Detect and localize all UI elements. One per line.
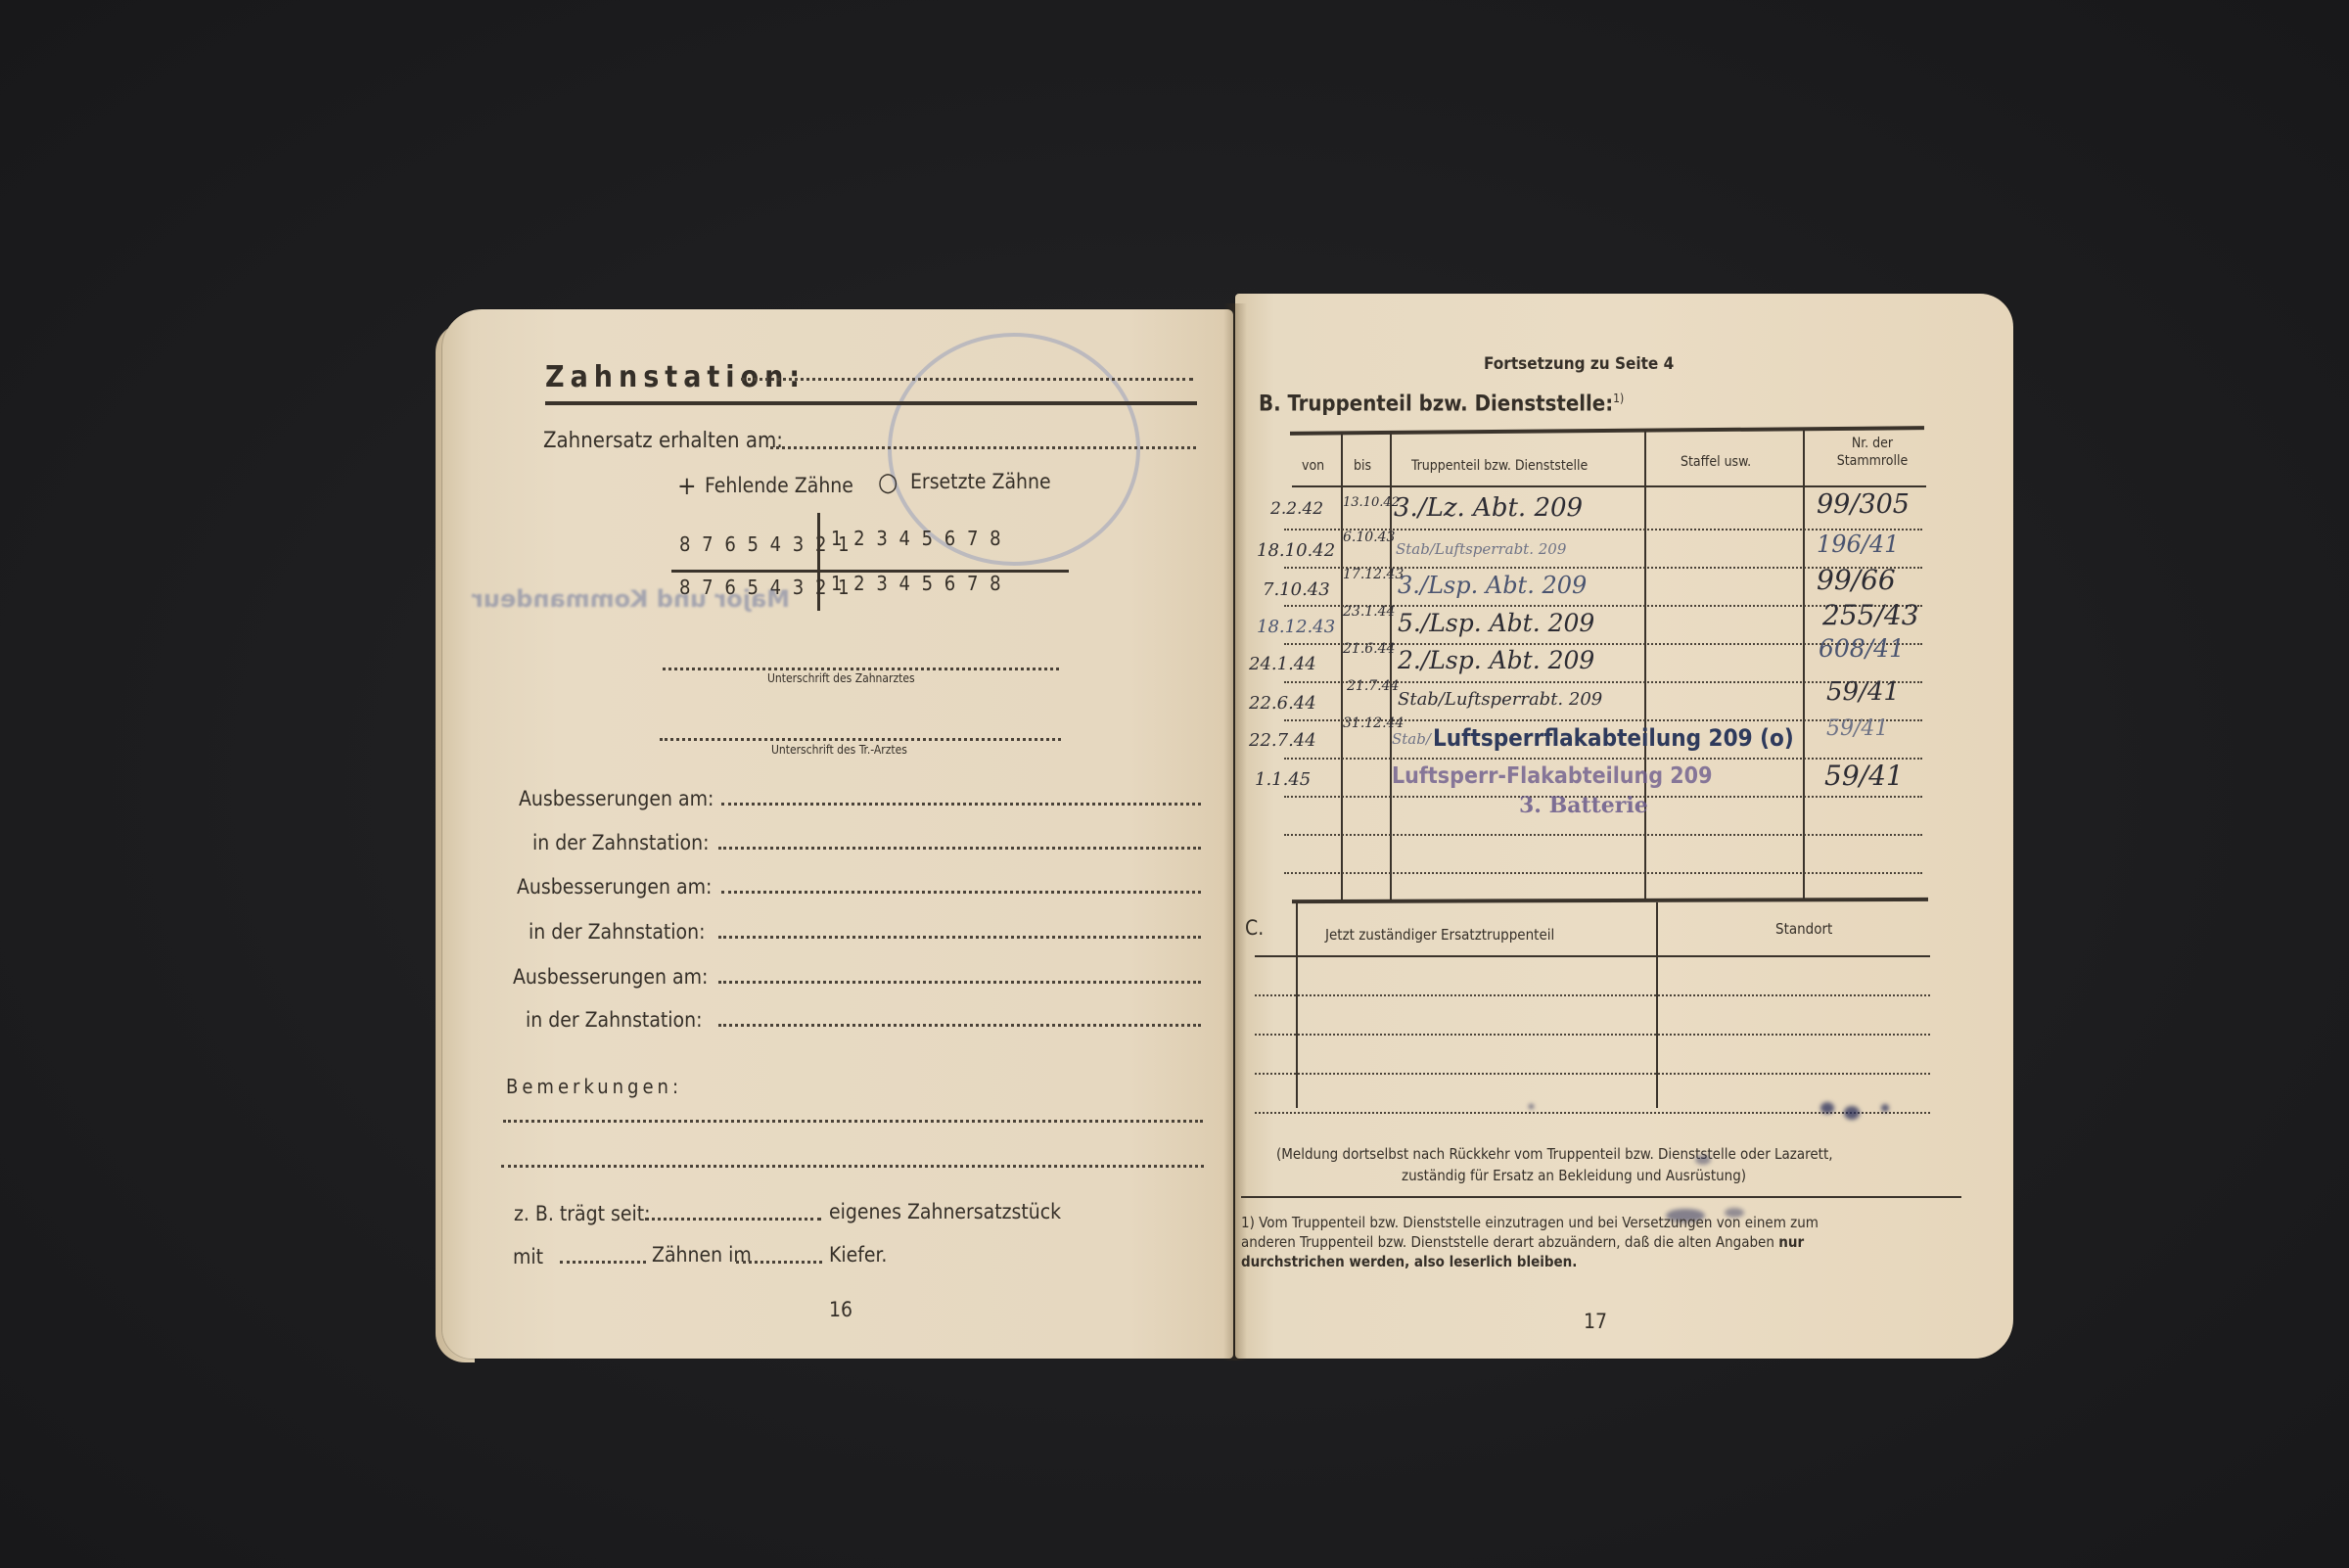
cell-nr: 608/41 [1819, 634, 1905, 663]
table-b-bottom-rule [1292, 898, 1928, 903]
ink-smudge [1820, 1102, 1834, 1114]
cell-nr: 99/66 [1817, 564, 1896, 596]
cell-von: 24.1.44 [1249, 654, 1316, 674]
dentist-signature-field[interactable] [663, 668, 1059, 670]
tooth-upper-left[interactable]: 8 7 6 5 4 3 2 1 [679, 532, 852, 556]
cell-bis: 13.10.42 [1343, 495, 1400, 510]
book-gutter [1223, 303, 1247, 1360]
footnote-divider [1241, 1196, 1961, 1198]
header-von: von [1302, 458, 1324, 474]
ink-smudge [1695, 1155, 1711, 1165]
remarks-line-1[interactable] [503, 1120, 1203, 1123]
replaced-teeth-label: Ersetzte Zähne [910, 470, 1051, 493]
remarks-line-2[interactable] [501, 1165, 1204, 1168]
header-nr-stammrolle: Nr. der Stammrolle [1818, 435, 1927, 470]
section-c-label: C. [1245, 916, 1264, 940]
footnote-mark: 1) [1613, 392, 1624, 405]
troop-doctor-signature-field[interactable] [660, 738, 1061, 741]
cell-nr: 59/41 [1826, 716, 1888, 741]
cell-von: 22.6.44 [1249, 693, 1316, 714]
header-standort: Standort [1775, 920, 1832, 938]
section-b-title-text: B. Truppenteil bzw. Dienststelle: [1259, 392, 1613, 416]
cell-bis: 23.1.44 [1343, 605, 1390, 620]
cell-von: 2.2.42 [1270, 499, 1323, 519]
page-number-17: 17 [1584, 1310, 1607, 1333]
repair-2-date-label: Ausbesserungen am: [517, 875, 712, 899]
header-staffel: Staffel usw. [1681, 454, 1751, 470]
cell-unit: 3./Lz. Abt. 209 [1394, 493, 1583, 523]
ink-smudge [1844, 1106, 1860, 1120]
footnote-line1: 1) Vom Truppenteil bzw. Dienststelle ein… [1241, 1214, 1819, 1231]
missing-teeth-label: Fehlende Zähne [705, 474, 853, 497]
offset-stamp-mirrored: Major und Kommandeur [472, 585, 790, 613]
cell-unit: Stab/Luftsperrabt. 209 [1398, 689, 1602, 710]
section-b-title: B. Truppenteil bzw. Dienststelle:1) [1259, 392, 1624, 416]
col-divider-staffel-nr [1803, 429, 1805, 900]
cell-nr: 196/41 [1817, 530, 1899, 558]
col-divider-c-left [1296, 902, 1298, 1108]
repair-3-station-field[interactable] [718, 1024, 1201, 1027]
teeth-count-field[interactable] [560, 1261, 646, 1264]
repair-3-station-label: in der Zahnstation: [526, 1008, 702, 1032]
zahnersatz-label: Zahnersatz erhalten am: [543, 429, 783, 453]
footnote-line2-text: anderen Truppenteil bzw. Dienststelle de… [1241, 1233, 1774, 1251]
cell-unit: Stab/ [1392, 730, 1431, 748]
repair-1-station-field[interactable] [718, 847, 1201, 850]
jaw-field[interactable] [736, 1261, 822, 1264]
table-c-row-line[interactable] [1255, 1073, 1930, 1075]
cell-nr: 59/41 [1826, 677, 1900, 707]
repair-1-date-label: Ausbesserungen am: [519, 787, 714, 810]
cell-bis: 21.6.44 [1343, 642, 1390, 657]
cell-bis: 31.12.44 [1343, 716, 1390, 731]
footnote-line2-bold: nur [1778, 1233, 1804, 1251]
table-c-row-line[interactable] [1255, 994, 1930, 996]
cell-unit: Stab/Luftsperrabt. 209 [1396, 540, 1566, 558]
cell-von: 7.10.43 [1263, 579, 1330, 600]
ink-smudge [1881, 1104, 1889, 1112]
repair-1-station-label: in der Zahnstation: [532, 831, 709, 854]
cell-bis: 6.10.43 [1343, 530, 1390, 545]
cell-unit: 5./Lsp. Abt. 209 [1398, 609, 1594, 637]
own-prosthesis-label: eigenes Zahnersatzstück [829, 1200, 1061, 1223]
table-c-header-rule [1255, 955, 1930, 957]
repair-3-date-field[interactable] [718, 981, 1201, 984]
remarks-label: Bemerkungen: [506, 1075, 682, 1098]
cell-nr: 255/43 [1822, 599, 1919, 631]
report-note-line2: zuständig für Ersatz an Bekleidung und A… [1402, 1167, 1746, 1184]
prosthesis-since-field[interactable] [645, 1218, 821, 1221]
plus-icon: + [677, 472, 697, 501]
cell-von: 18.10.42 [1257, 540, 1335, 561]
circle-icon: ○ [878, 468, 898, 497]
cell-von: 22.7.44 [1249, 730, 1316, 751]
battery-stamp-violet-line2: 3. Batterie [1519, 793, 1648, 818]
cell-nr: 59/41 [1824, 760, 1904, 792]
repair-2-station-label: in der Zahnstation: [529, 920, 705, 944]
cell-bis: 17.12.43 [1343, 568, 1390, 582]
tooth-lower-right[interactable]: 1 2 3 4 5 6 7 8 [831, 572, 1004, 595]
footnote-line2: anderen Truppenteil bzw. Dienststelle de… [1241, 1233, 1804, 1251]
ink-smudge [1529, 1104, 1534, 1109]
report-note-line1: (Meldung dortselbst nach Rückkehr vom Tr… [1276, 1145, 1833, 1163]
repair-2-date-field[interactable] [721, 891, 1201, 894]
troop-doctor-signature-label: Unterschrift des Tr.-Arztes [771, 743, 907, 757]
prosthesis-since-label: z. B. trägt seit: [514, 1202, 651, 1225]
cell-unit: 2./Lsp. Abt. 209 [1398, 646, 1594, 674]
footnote-line3: durchstrichen werden, also leserlich ble… [1241, 1253, 1577, 1270]
page-number-16: 16 [829, 1298, 852, 1321]
repair-1-date-field[interactable] [721, 803, 1201, 806]
continuation-heading: Fortsetzung zu Seite 4 [1484, 354, 1674, 374]
cell-von: 18.12.43 [1257, 617, 1335, 637]
dentist-signature-label: Unterschrift des Zahnarztes [767, 671, 915, 685]
header-unit: Truppenteil bzw. Dienststelle [1411, 458, 1588, 474]
col-divider-unit-staffel [1644, 431, 1646, 900]
header-ersatztruppenteil: Jetzt zuständiger Ersatztruppenteil [1325, 926, 1554, 944]
unit-stamp-blue: Luftsperrflakabteilung 209 (o) [1433, 724, 1794, 752]
table-b-header-rule [1292, 485, 1926, 487]
battery-stamp-violet-line1: Luftsperr-Flakabteilung 209 [1392, 763, 1712, 789]
jaw-label: Kiefer. [829, 1243, 887, 1267]
col-divider-c-mid [1656, 902, 1658, 1108]
zahnstation-field[interactable] [741, 378, 1193, 381]
cell-bis: 21.7.44 [1347, 679, 1390, 694]
table-c-row-line[interactable] [1255, 1034, 1930, 1036]
zahnersatz-date-field[interactable] [770, 446, 1196, 449]
repair-2-station-field[interactable] [718, 936, 1201, 939]
repair-3-date-label: Ausbesserungen am: [513, 965, 708, 989]
cell-von: 1.1.45 [1255, 769, 1311, 790]
cell-nr: 99/305 [1817, 489, 1910, 520]
page-17: Fortsetzung zu Seite 4 B. Truppenteil bz… [1235, 294, 2013, 1359]
title-underline [545, 401, 1197, 405]
with-label: mit [513, 1245, 543, 1268]
page-16: Zahnstation: Zahnersatz erhalten am: + F… [442, 309, 1233, 1359]
cell-unit: 3./Lsp. Abt. 209 [1398, 572, 1587, 599]
header-bis: bis [1354, 458, 1371, 474]
tooth-upper-right[interactable]: 1 2 3 4 5 6 7 8 [831, 527, 1004, 550]
